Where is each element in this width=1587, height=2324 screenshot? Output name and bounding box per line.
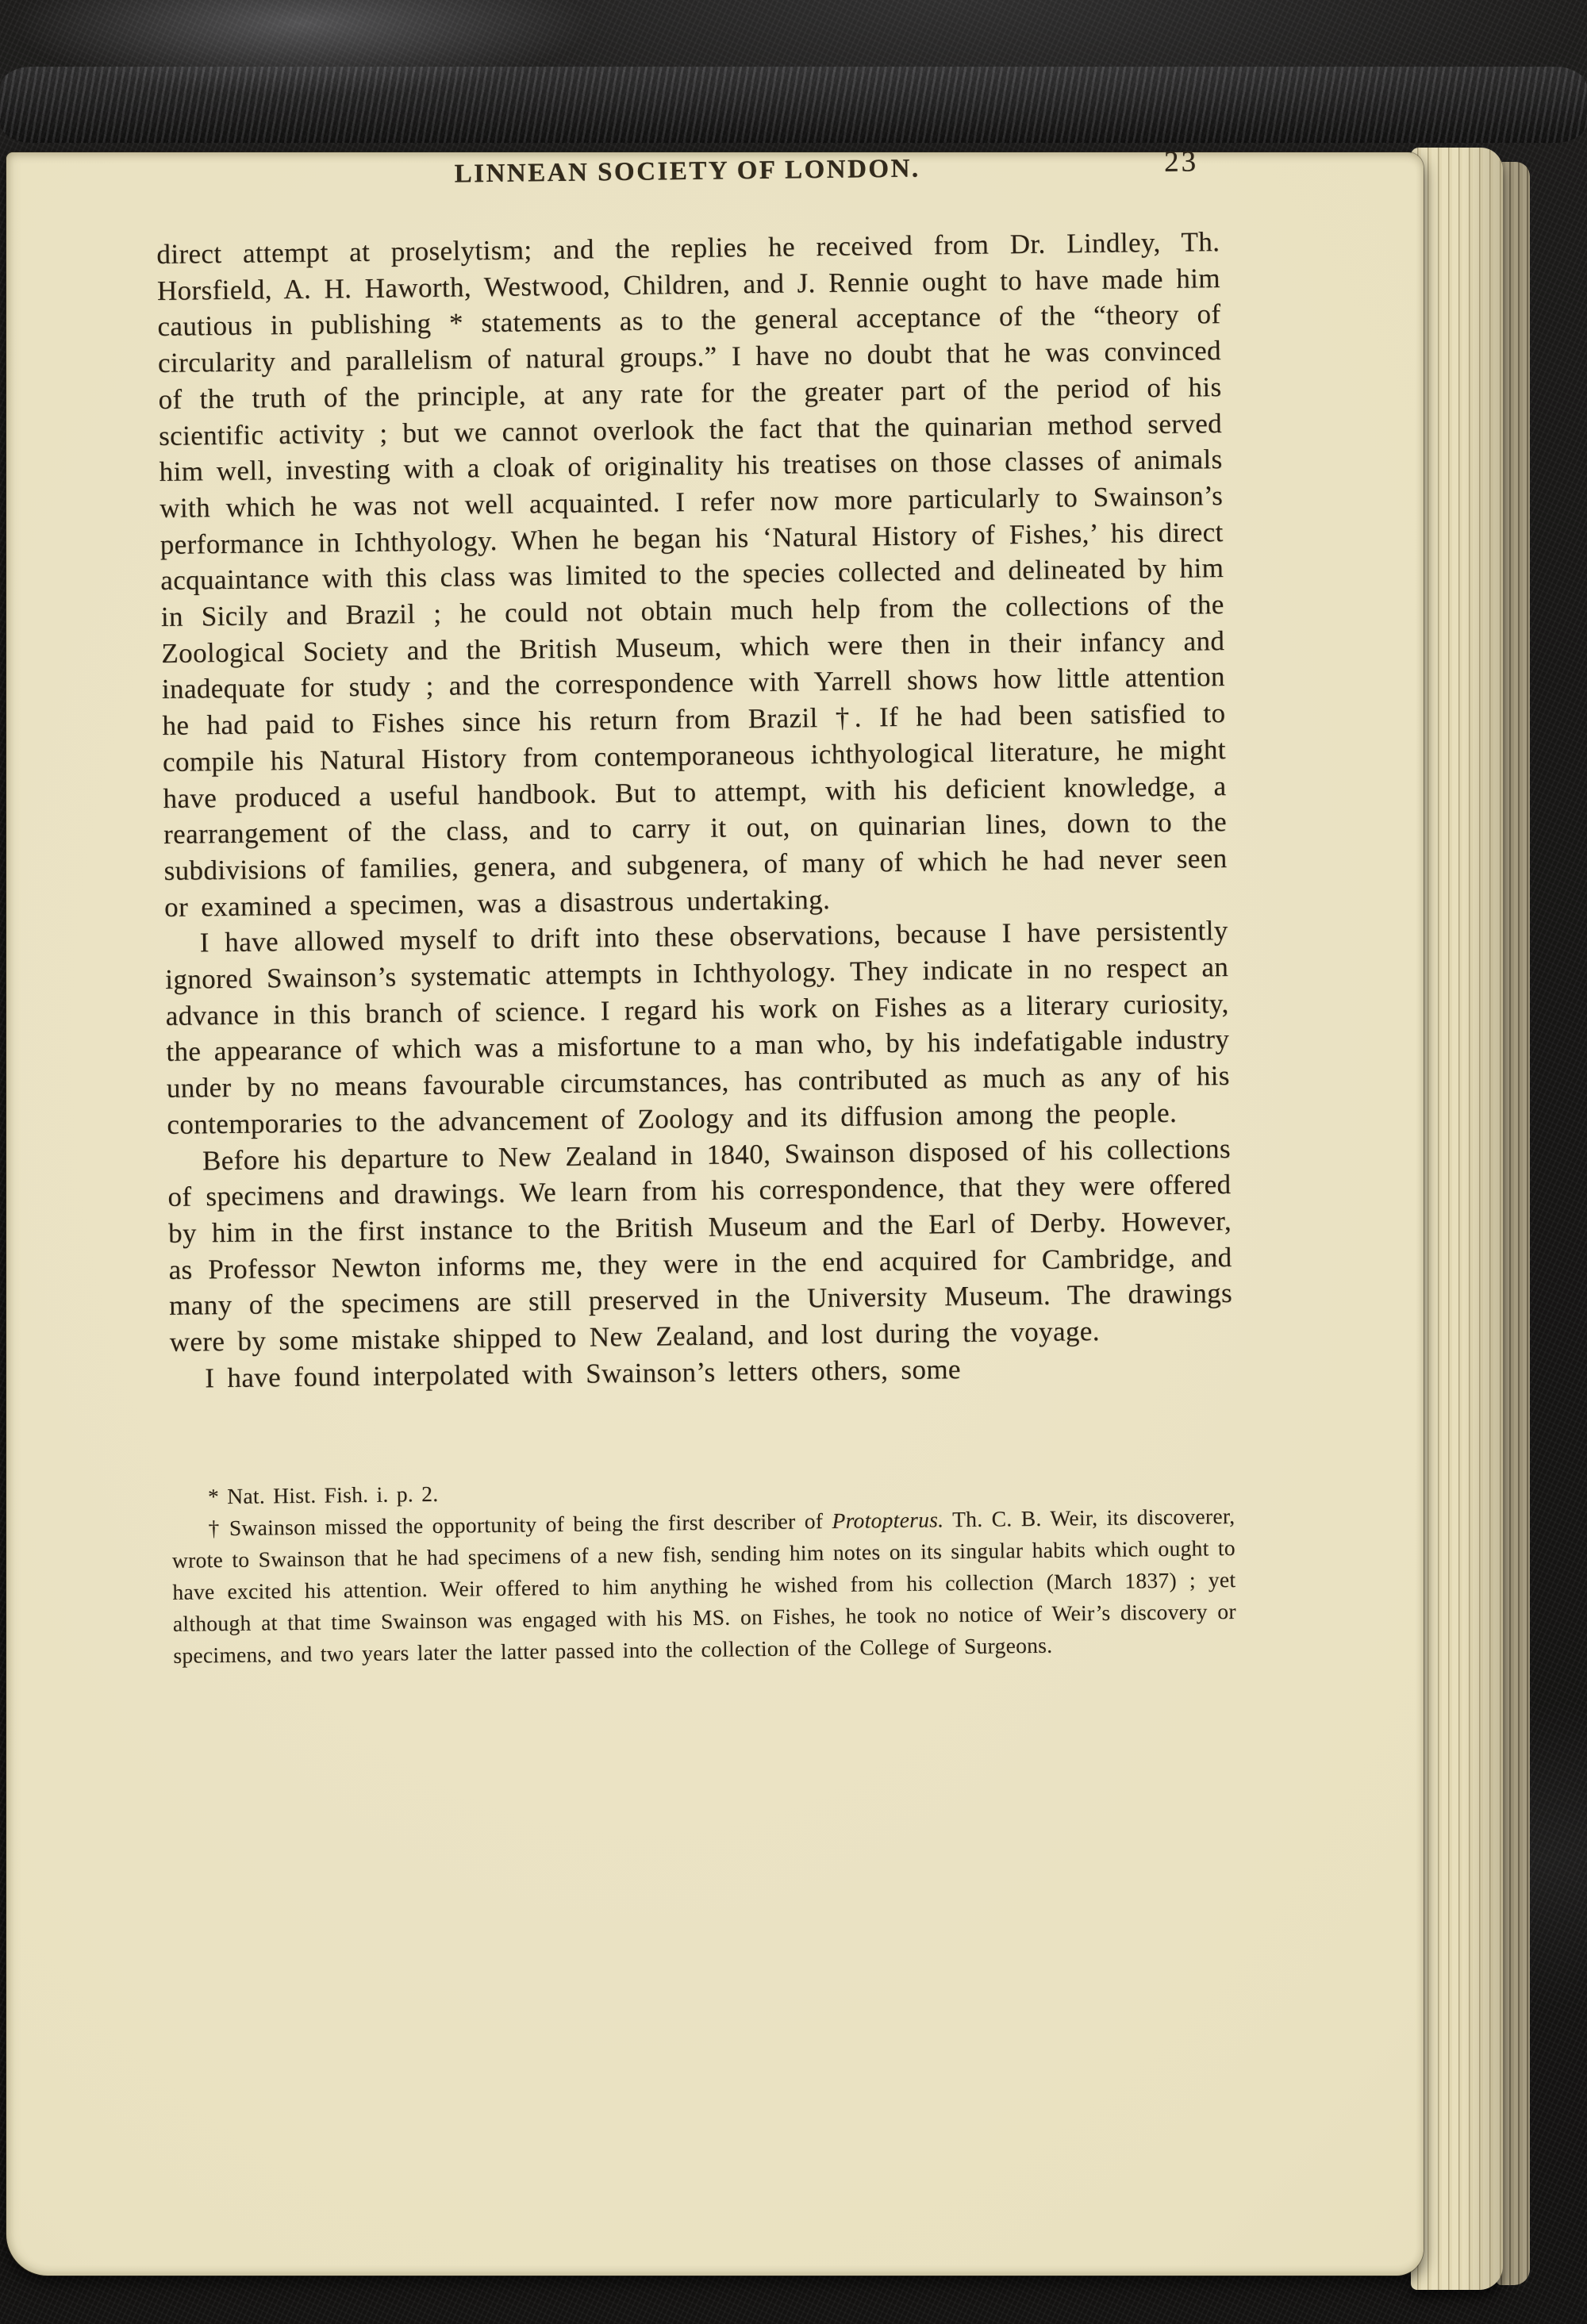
- cover-top-ridge: [0, 67, 1587, 143]
- footnote-2: † Swainson missed the opportunity of bei…: [171, 1500, 1236, 1671]
- paragraph-2: I have allowed myself to drift into thes…: [164, 912, 1230, 1143]
- printed-content: LINNEAN SOCIETY OF LONDON. 23 direct att…: [156, 148, 1237, 1671]
- book-page: LINNEAN SOCIETY OF LONDON. 23 direct att…: [6, 152, 1424, 2276]
- paragraph-3: Before his departure to New Zealand in 1…: [167, 1131, 1233, 1361]
- scanned-book-photo: { "document": { "header": { "title": "LI…: [0, 0, 1587, 2324]
- footnote-2-text: † Swainson missed the opportunity of bei…: [208, 1508, 832, 1540]
- page-edges: [1411, 148, 1503, 2290]
- page-number: 23: [1164, 144, 1199, 179]
- running-header-title: LINNEAN SOCIETY OF LONDON.: [156, 148, 1219, 195]
- footnotes: * Nat. Hist. Fish. i. p. 2. † Swainson m…: [171, 1468, 1237, 1671]
- body-text: direct attempt at proselytism; and the r…: [156, 224, 1233, 1396]
- footnote-2-species-name: Protopterus.: [832, 1507, 943, 1533]
- running-header: LINNEAN SOCIETY OF LONDON. 23: [156, 148, 1219, 197]
- paragraph-1: direct attempt at proselytism; and the r…: [156, 224, 1228, 925]
